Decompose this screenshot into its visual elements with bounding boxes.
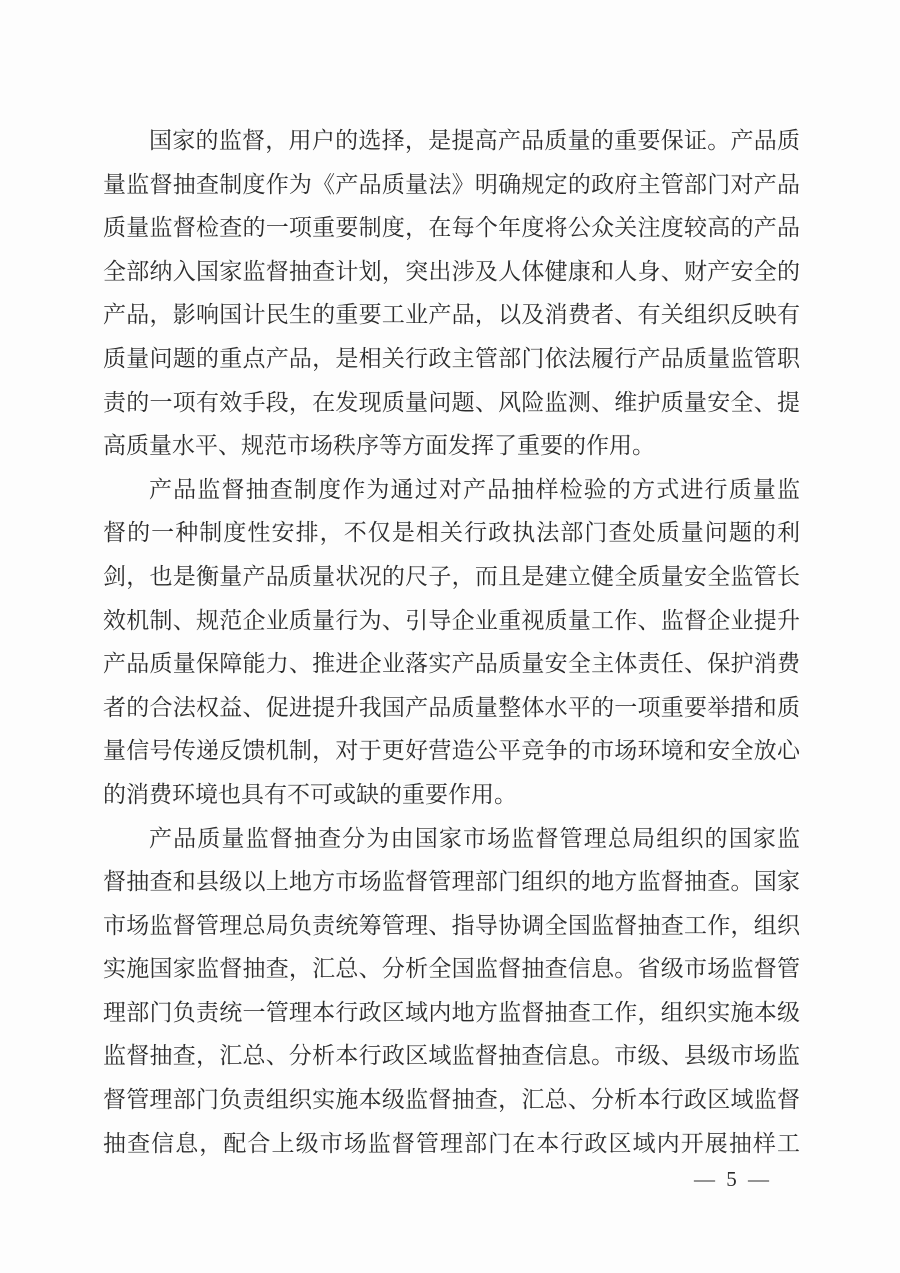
text-line: 责的一项有效手段，在发现质量问题、风险监测、维护质量安全、提 [103, 381, 800, 425]
text-line: 全部纳入国家监督抽查计划，突出涉及人体健康和人身、财产安全的 [103, 250, 800, 294]
text-line: 监督抽查，汇总、分析本行政区域监督抽查信息。市级、县级市场监 [103, 1034, 800, 1078]
text-line: 理部门负责统一管理本行政区域内地方监督抽查工作，组织实施本级 [103, 991, 800, 1035]
paragraph-1: 国家的监督，用户的选择，是提高产品质量的重要保证。产品质 量监督抽查制度作为《产… [103, 119, 800, 468]
text-line: 督管理部门负责组织实施本级监督抽查，汇总、分析本行政区域监督 [103, 1078, 800, 1122]
paragraph-3: 产品质量监督抽查分为由国家市场监督管理总局组织的国家监 督抽查和县级以上地方市场… [103, 817, 800, 1166]
text-line: 剑，也是衡量产品质量状况的尺子，而且是建立健全质量安全监管长 [103, 555, 800, 599]
page-number: — 5 — [694, 1164, 784, 1194]
text-line: 抽查信息，配合上级市场监督管理部门在本行政区域内开展抽样工作， [103, 1122, 800, 1166]
text-line: 产品质量保障能力、推进企业落实产品质量安全主体责任、保护消费 [103, 642, 800, 686]
document-page: 国家的监督，用户的选择，是提高产品质量的重要保证。产品质 量监督抽查制度作为《产… [0, 0, 900, 1273]
text-line: 产品监督抽查制度作为通过对产品抽样检验的方式进行质量监 [103, 468, 800, 512]
text-line: 量监督抽查制度作为《产品质量法》明确规定的政府主管部门对产品 [103, 163, 800, 207]
text-line: 督的一种制度性安排，不仅是相关行政执法部门查处质量问题的利 [103, 511, 800, 555]
text-line: 质量问题的重点产品，是相关行政主管部门依法履行产品质量监管职 [103, 337, 800, 381]
text-line: 效机制、规范企业质量行为、引导企业重视质量工作、监督企业提升 [103, 599, 800, 643]
text-line: 者的合法权益、促进提升我国产品质量整体水平的一项重要举措和质 [103, 686, 800, 730]
text-line: 质量监督检查的一项重要制度，在每个年度将公众关注度较高的产品 [103, 206, 800, 250]
text-line: 实施国家监督抽查，汇总、分析全国监督抽查信息。省级市场监督管 [103, 947, 800, 991]
text-line: 产品，影响国计民生的重要工业产品，以及消费者、有关组织反映有 [103, 293, 800, 337]
text-line: 量信号传递反馈机制，对于更好营造公平竞争的市场环境和安全放心 [103, 729, 800, 773]
text-line: 国家的监督，用户的选择，是提高产品质量的重要保证。产品质 [103, 119, 800, 163]
text-line: 产品质量监督抽查分为由国家市场监督管理总局组织的国家监 [103, 817, 800, 861]
text-line: 的消费环境也具有不可或缺的重要作用。 [103, 773, 800, 817]
document-body-text: 国家的监督，用户的选择，是提高产品质量的重要保证。产品质 量监督抽查制度作为《产… [103, 119, 800, 1165]
text-line: 高质量水平、规范市场秩序等方面发挥了重要的作用。 [103, 424, 800, 468]
paragraph-2: 产品监督抽查制度作为通过对产品抽样检验的方式进行质量监 督的一种制度性安排，不仅… [103, 468, 800, 817]
text-line: 督抽查和县级以上地方市场监督管理部门组织的地方监督抽查。国家 [103, 860, 800, 904]
text-line: 市场监督管理总局负责统筹管理、指导协调全国监督抽查工作，组织 [103, 904, 800, 948]
